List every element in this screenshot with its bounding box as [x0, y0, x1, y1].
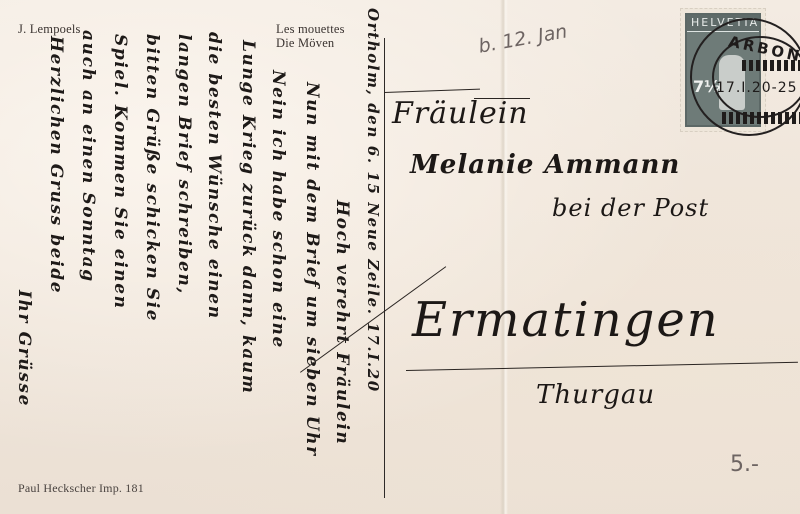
postmark-date: 17.I.20-25: [716, 80, 798, 96]
postcard-back: J. Lempoels Les mouettes Die Möven Paul …: [0, 0, 800, 514]
address-name: Melanie Ammann: [410, 150, 680, 180]
message-line: die besten Wünsche einen: [204, 32, 224, 320]
message-line: Ihr Grüsse: [14, 290, 34, 407]
town-underline: [406, 362, 798, 372]
address-town: Ermatingen: [412, 292, 720, 348]
title-french: Les mouettes: [276, 22, 345, 36]
message-line: Hoch verehrt Fräulein: [332, 200, 352, 445]
address-salutation: Fräulein: [392, 96, 529, 131]
message-line: Spiel. Kommen Sie einen: [110, 34, 130, 310]
message-line: langen Brief schreiben,: [174, 34, 194, 295]
artist-label: J. Lempoels: [18, 22, 81, 36]
message-line: bitten Grüße schicken Sie: [142, 34, 162, 322]
message-line: auch an einen Sonntag: [78, 30, 98, 283]
message-line: Herzlichen Gruss beide: [46, 36, 66, 294]
message-line: Lunge Krieg zurück dann, kaum: [238, 40, 258, 394]
pencil-price-note: 5.-: [730, 452, 759, 477]
address-flourish: [384, 89, 480, 94]
message-line: Ortholm, den 6. 15 Neue Zeile. 17.I.20: [364, 8, 382, 393]
publisher-imprint: Paul Heckscher Imp. 181: [18, 481, 144, 495]
fold-crease: [500, 0, 508, 514]
address-care-of: bei der Post: [552, 194, 709, 222]
postmark-bars: [742, 60, 800, 71]
postmark-bars: [722, 112, 800, 124]
address-canton: Thurgau: [536, 380, 655, 410]
center-divider: [384, 38, 385, 498]
message-line: Nun mit dem Brief um sieben Uhr: [302, 82, 322, 457]
message-line: Nein ich habe schon eine: [268, 70, 288, 349]
pencil-date-note: b. 12. Jan: [477, 20, 569, 57]
title-german: Die Möven: [276, 36, 334, 50]
